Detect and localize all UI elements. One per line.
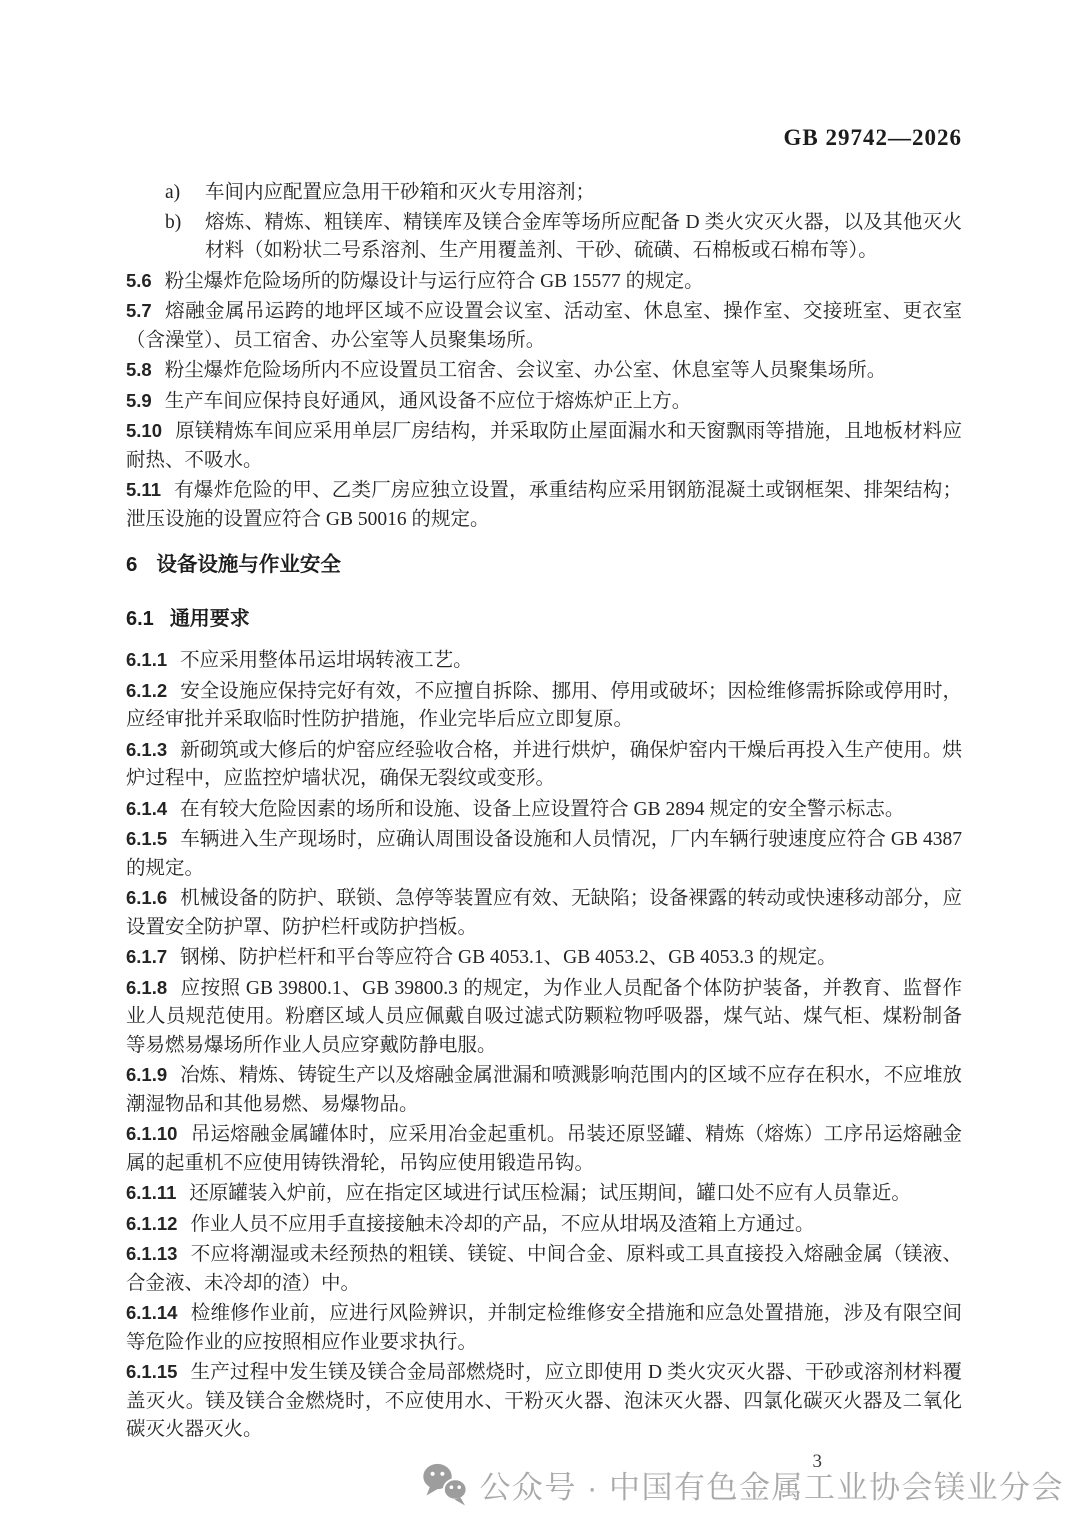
clause-text: 冶炼、精炼、铸锭生产以及熔融金属泄漏和喷溅影响范围内的区域不应存在积水，不应堆放… bbox=[126, 1065, 962, 1115]
clause-number: 6.1.15 bbox=[126, 1361, 177, 1382]
clause: 6.1.9冶炼、精炼、铸锭生产以及熔融金属泄漏和喷溅影响范围内的区域不应存在积水… bbox=[126, 1061, 962, 1119]
subsection-heading-6-1: 6.1通用要求 bbox=[126, 604, 962, 634]
clause-number: 6.1.13 bbox=[126, 1243, 177, 1264]
clause-number: 6.1.9 bbox=[126, 1064, 167, 1085]
list-item: a) 车间内应配置应急用干砂箱和灭火专用溶剂； bbox=[126, 179, 962, 208]
wechat-watermark: 公众号 · 中国有色金属工业协会镁业分会 bbox=[422, 1462, 1064, 1507]
clause-number: 6.1.12 bbox=[126, 1213, 177, 1234]
list-item-label: a) bbox=[165, 179, 205, 208]
clause-number: 6.1.6 bbox=[126, 887, 167, 908]
clause-text: 新砌筑或大修后的炉窑应经验收合格，并进行烘炉，确保炉窑内干燥后再投入生产使用。烘… bbox=[126, 740, 962, 790]
clause-number: 6.1.1 bbox=[126, 649, 167, 670]
clause: 5.9生产车间应保持良好通风，通风设备不应位于熔炼炉正上方。 bbox=[126, 387, 962, 417]
clause: 6.1.2安全设施应保持完好有效，不应擅自拆除、挪用、停用或破坏；因检维修需拆除… bbox=[126, 677, 962, 735]
clause: 6.1.1不应采用整体吊运坩埚转液工艺。 bbox=[126, 646, 962, 676]
clause-text: 安全设施应保持完好有效，不应擅自拆除、挪用、停用或破坏；因检维修需拆除或停用时，… bbox=[126, 681, 962, 731]
clause: 6.1.6机械设备的防护、联锁、急停等装置应有效、无缺陷；设备裸露的转动或快速移… bbox=[126, 884, 962, 942]
clause-group-6-1: 6.1.1不应采用整体吊运坩埚转液工艺。 6.1.2安全设施应保持完好有效，不应… bbox=[126, 646, 962, 1445]
list-item-text: 车间内应配置应急用干砂箱和灭火专用溶剂； bbox=[205, 179, 962, 208]
section-heading-6: 6设备设施与作业安全 bbox=[126, 550, 962, 580]
clause: 6.1.7钢梯、防护栏杆和平台等应符合 GB 4053.1、GB 4053.2、… bbox=[126, 943, 962, 973]
watermark-text: 公众号 · 中国有色金属工业协会镁业分会 bbox=[479, 1462, 1064, 1507]
clause-text: 粉尘爆炸危险场所的防爆设计与运行应符合 GB 15577 的规定。 bbox=[165, 271, 704, 292]
clause-text: 吊运熔融金属罐体时，应采用冶金起重机。吊装还原竖罐、精炼（熔炼）工序吊运熔融金属… bbox=[126, 1124, 962, 1174]
clause: 5.7熔融金属吊运跨的地坪区域不应设置会议室、活动室、休息室、操作室、交接班室、… bbox=[126, 297, 962, 355]
clause: 6.1.13不应将潮湿或未经预热的粗镁、镁锭、中间合金、原料或工具直接投入熔融金… bbox=[126, 1240, 962, 1298]
clause-text: 不应采用整体吊运坩埚转液工艺。 bbox=[180, 650, 473, 671]
clause: 6.1.15生产过程中发生镁及镁合金局部燃烧时，应立即使用 D 类火灾灭火器、干… bbox=[126, 1358, 962, 1445]
clause: 5.10原镁精炼车间应采用单层厂房结构，并采取防止屋面漏水和天窗飘雨等措施，且地… bbox=[126, 417, 962, 475]
clause-number: 5.11 bbox=[126, 479, 161, 500]
clause-text: 车辆进入生产现场时，应确认周围设备设施和人员情况，厂内车辆行驶速度应符合 GB … bbox=[126, 829, 962, 879]
clause-number: 5.9 bbox=[126, 390, 152, 411]
clause-text: 不应将潮湿或未经预热的粗镁、镁锭、中间合金、原料或工具直接投入熔融金属（镁液、合… bbox=[126, 1244, 962, 1294]
clause: 6.1.14检维修作业前，应进行风险辨识，并制定检维修安全措施和应急处置措施，涉… bbox=[126, 1299, 962, 1357]
clause-text: 原镁精炼车间应采用单层厂房结构，并采取防止屋面漏水和天窗飘雨等措施，且地板材料应… bbox=[126, 421, 962, 471]
clause-text: 粉尘爆炸危险场所内不应设置员工宿舍、会议室、办公室、休息室等人员聚集场所。 bbox=[165, 360, 887, 381]
clause-number: 6.1.10 bbox=[126, 1123, 177, 1144]
clause: 5.8粉尘爆炸危险场所内不应设置员工宿舍、会议室、办公室、休息室等人员聚集场所。 bbox=[126, 356, 962, 386]
clause: 6.1.5车辆进入生产现场时，应确认周围设备设施和人员情况，厂内车辆行驶速度应符… bbox=[126, 825, 962, 883]
clause-text: 在有较大危险因素的场所和设施、设备上应设置符合 GB 2894 规定的安全警示标… bbox=[180, 799, 904, 820]
clause-text: 机械设备的防护、联锁、急停等装置应有效、无缺陷；设备裸露的转动或快速移动部分，应… bbox=[126, 888, 962, 938]
clause: 6.1.8应按照 GB 39800.1、GB 39800.3 的规定，为作业人员… bbox=[126, 974, 962, 1061]
clause-text: 钢梯、防护栏杆和平台等应符合 GB 4053.1、GB 4053.2、GB 40… bbox=[180, 947, 837, 968]
subsection-number: 6.1 bbox=[126, 608, 154, 630]
list-item-label: b) bbox=[165, 209, 205, 266]
clause: 6.1.10吊运熔融金属罐体时，应采用冶金起重机。吊装还原竖罐、精炼（熔炼）工序… bbox=[126, 1120, 962, 1178]
clause-text: 还原罐装入炉前，应在指定区域进行试压检漏；试压期间，罐口处不应有人员靠近。 bbox=[189, 1183, 911, 1204]
clause-text: 生产过程中发生镁及镁合金局部燃烧时，应立即使用 D 类火灾灭火器、干砂或溶剂材料… bbox=[126, 1362, 962, 1440]
section-number: 6 bbox=[126, 553, 137, 576]
lettered-list: a) 车间内应配置应急用干砂箱和灭火专用溶剂； b) 熔炼、精炼、粗镁库、精镁库… bbox=[126, 179, 962, 266]
list-item-text: 熔炼、精炼、粗镁库、精镁库及镁合金库等场所应配备 D 类火灾灭火器，以及其他灭火… bbox=[205, 209, 962, 266]
clause: 5.11有爆炸危险的甲、乙类厂房应独立设置，承重结构应采用钢筋混凝土或钢框架、排… bbox=[126, 476, 962, 534]
clause-number: 6.1.8 bbox=[126, 977, 167, 998]
clause: 6.1.12作业人员不应用手直接接触未冷却的产品，不应从坩埚及渣箱上方通过。 bbox=[126, 1210, 962, 1240]
clause-number: 5.7 bbox=[126, 300, 152, 321]
clause-number: 6.1.7 bbox=[126, 946, 167, 967]
clause: 6.1.11还原罐装入炉前，应在指定区域进行试压检漏；试压期间，罐口处不应有人员… bbox=[126, 1179, 962, 1209]
document-content: a) 车间内应配置应急用干砂箱和灭火专用溶剂； b) 熔炼、精炼、粗镁库、精镁库… bbox=[126, 179, 962, 1445]
clause-number: 5.10 bbox=[126, 420, 162, 441]
clause-number: 6.1.11 bbox=[126, 1182, 176, 1203]
clause-number: 6.1.5 bbox=[126, 828, 167, 849]
section-title: 设备设施与作业安全 bbox=[156, 553, 341, 576]
clause-text: 有爆炸危险的甲、乙类厂房应独立设置，承重结构应采用钢筋混凝土或钢框架、排架结构；… bbox=[126, 480, 962, 530]
list-item: b) 熔炼、精炼、粗镁库、精镁库及镁合金库等场所应配备 D 类火灾灭火器，以及其… bbox=[126, 209, 962, 266]
clause: 6.1.4在有较大危险因素的场所和设施、设备上应设置符合 GB 2894 规定的… bbox=[126, 795, 962, 825]
clause-text: 作业人员不应用手直接接触未冷却的产品，不应从坩埚及渣箱上方通过。 bbox=[190, 1214, 814, 1235]
doc-standard-number: GB 29742—2026 bbox=[126, 125, 962, 151]
clause-number: 5.6 bbox=[126, 270, 152, 291]
clause-text: 检维修作业前，应进行风险辨识，并制定检维修安全措施和应急处置措施，涉及有限空间等… bbox=[126, 1303, 962, 1353]
clause-number: 5.8 bbox=[126, 359, 152, 380]
clause: 6.1.3新砌筑或大修后的炉窑应经验收合格，并进行烘炉，确保炉窑内干燥后再投入生… bbox=[126, 736, 962, 794]
clause-number: 6.1.14 bbox=[126, 1302, 177, 1323]
wechat-icon bbox=[422, 1462, 468, 1507]
clause-number: 6.1.2 bbox=[126, 680, 167, 701]
clause-group-5: 5.6粉尘爆炸危险场所的防爆设计与运行应符合 GB 15577 的规定。 5.7… bbox=[126, 267, 962, 535]
clause: 5.6粉尘爆炸危险场所的防爆设计与运行应符合 GB 15577 的规定。 bbox=[126, 267, 962, 297]
subsection-title: 通用要求 bbox=[170, 608, 250, 630]
document-page: GB 29742—2026 a) 车间内应配置应急用干砂箱和灭火专用溶剂； b)… bbox=[0, 0, 1080, 1473]
clause-number: 6.1.3 bbox=[126, 739, 167, 760]
clause-text: 生产车间应保持良好通风，通风设备不应位于熔炼炉正上方。 bbox=[165, 391, 692, 412]
clause-text: 熔融金属吊运跨的地坪区域不应设置会议室、活动室、休息室、操作室、交接班室、更衣室… bbox=[126, 301, 962, 351]
clause-number: 6.1.4 bbox=[126, 798, 167, 819]
clause-text: 应按照 GB 39800.1、GB 39800.3 的规定，为作业人员配备个体防… bbox=[126, 978, 962, 1056]
